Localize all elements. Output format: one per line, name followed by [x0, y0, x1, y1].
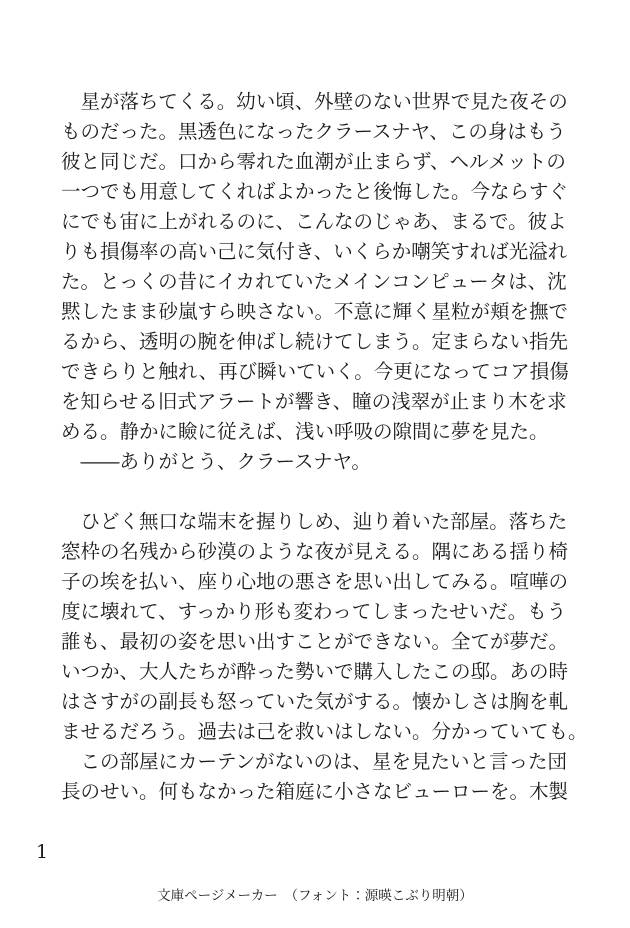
text-line	[61, 477, 568, 507]
text-line: 黙したまま砂嵐すら映さない。不意に輝く星粒が頬を撫で	[61, 297, 568, 327]
text-line: を知らせる旧式アラートが響き、瞳の浅翠が止まり木を求	[61, 387, 568, 417]
page-number: 1	[36, 840, 48, 864]
body-text: 星が落ちてくる。幼い頃、外壁のない世界で見た夜そのものだった。黒透色になったクラ…	[61, 87, 568, 807]
text-line: はさすがの副長も怒っていた気がする。懐かしさは胸を軋	[61, 687, 568, 717]
text-line: ませるだろう。過去は己を救いはしない。分かっていても。	[61, 717, 568, 747]
text-line: にでも宙に上がれるのに、こんなのじゃあ、まるで。彼よ	[61, 207, 568, 237]
text-line: める。静かに瞼に従えば、浅い呼吸の隙間に夢を見た。	[61, 417, 568, 447]
text-line: ものだった。黒透色になったクラースナヤ、この身はもう	[61, 117, 568, 147]
text-line: るから、透明の腕を伸ばし続けてしまう。定まらない指先	[61, 327, 568, 357]
text-line: りも損傷率の高い己に気付き、いくらか嘲笑すれば光溢れ	[61, 237, 568, 267]
text-line: 彼と同じだ。口から零れた血潮が止まらず、ヘルメットの	[61, 147, 568, 177]
document-page: 星が落ちてくる。幼い頃、外壁のない世界で見た夜そのものだった。黒透色になったクラ…	[0, 0, 630, 928]
text-line: た。とっくの昔にイカれていたメインコンピュータは、沈	[61, 267, 568, 297]
text-line: ――ありがとう、クラースナヤ。	[61, 447, 568, 477]
text-line: 星が落ちてくる。幼い頃、外壁のない世界で見た夜その	[61, 87, 568, 117]
text-line: いつか、大人たちが酔った勢いで購入したこの邸。あの時	[61, 657, 568, 687]
text-line: 長のせい。何もなかった箱庭に小さなビューローを。木製	[61, 777, 568, 807]
text-line: 子の埃を払い、座り心地の悪さを思い出してみる。喧嘩の	[61, 567, 568, 597]
text-line: この部屋にカーテンがないのは、星を見たいと言った団	[61, 747, 568, 777]
footer-credit: 文庫ページメーカー （フォント：源暎こぶり明朝）	[0, 887, 630, 905]
text-line: 一つでも用意してくればよかったと後悔した。今ならすぐ	[61, 177, 568, 207]
text-line: ひどく無口な端末を握りしめ、辿り着いた部屋。落ちた	[61, 507, 568, 537]
text-line: 誰も、最初の姿を思い出すことができない。全てが夢だ。	[61, 627, 568, 657]
text-line: 度に壊れて、すっかり形も変わってしまったせいだ。もう	[61, 597, 568, 627]
text-line: できらりと触れ、再び瞬いていく。今更になってコア損傷	[61, 357, 568, 387]
text-line: 窓枠の名残から砂漠のような夜が見える。隅にある揺り椅	[61, 537, 568, 567]
